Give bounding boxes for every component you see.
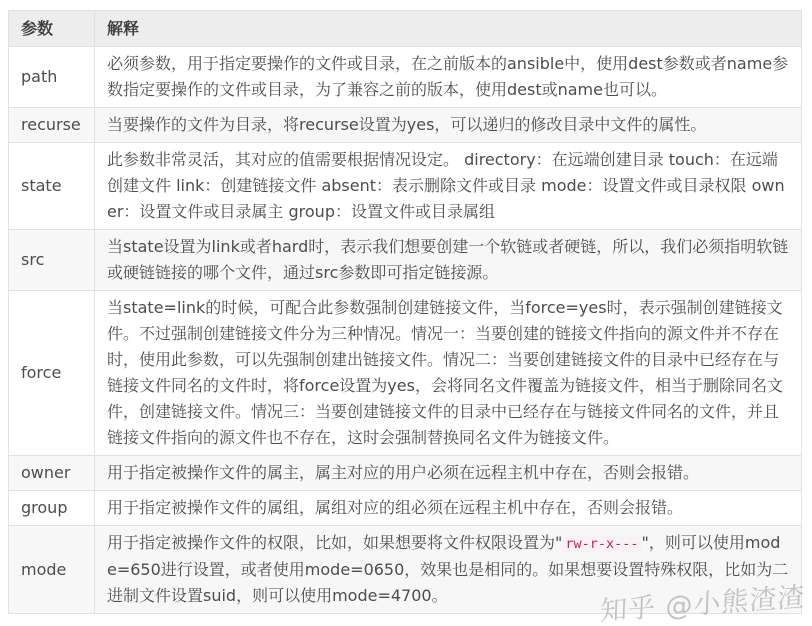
- header-cell-param: 参数: [9, 11, 95, 47]
- inline-code-permission-string: rw-r-x---: [562, 535, 641, 553]
- table-row-state: state 此参数非常灵活，其对应的值需要根据情况设定。 directory：在…: [9, 143, 802, 230]
- description-text-before-code: 用于指定被操作文件的权限，比如，如果想要将文件权限设置为": [107, 533, 562, 552]
- param-description: 用于指定被操作文件的属主，属主对应的用户必须在远程主机中存在，否则会报错。: [95, 456, 802, 491]
- param-name: mode: [9, 526, 95, 614]
- param-name: path: [9, 47, 95, 108]
- param-description: 当state设置为link或者hard时，表示我们想要创建一个软链或者硬链，所以…: [95, 230, 802, 291]
- param-name: src: [9, 230, 95, 291]
- param-name: recurse: [9, 108, 95, 143]
- param-name: group: [9, 491, 95, 526]
- param-description: 当要操作的文件为目录，将recurse设置为yes，可以递归的修改目录中文件的属…: [95, 108, 802, 143]
- table-row-group: group 用于指定被操作文件的属组，属组对应的组必须在远程主机中存在，否则会报…: [9, 491, 802, 526]
- ansible-file-module-parameter-table: 参数 解释 path 必须参数，用于指定要操作的文件或目录，在之前版本的ansi…: [8, 10, 802, 614]
- table-header-row: 参数 解释: [9, 11, 802, 47]
- table-row-recurse: recurse 当要操作的文件为目录，将recurse设置为yes，可以递归的修…: [9, 108, 802, 143]
- param-name: force: [9, 291, 95, 456]
- param-description: 用于指定被操作文件的权限，比如，如果想要将文件权限设置为"rw-r-x---"，…: [95, 526, 802, 614]
- table-row-force: force 当state=link的时候，可配合此参数强制创建链接文件，当for…: [9, 291, 802, 456]
- param-name: owner: [9, 456, 95, 491]
- param-description: 用于指定被操作文件的属组，属组对应的组必须在远程主机中存在，否则会报错。: [95, 491, 802, 526]
- param-description: 必须参数，用于指定要操作的文件或目录，在之前版本的ansible中，使用dest…: [95, 47, 802, 108]
- param-description: 当state=link的时候，可配合此参数强制创建链接文件，当force=yes…: [95, 291, 802, 456]
- param-name: state: [9, 143, 95, 230]
- table-row-src: src 当state设置为link或者hard时，表示我们想要创建一个软链或者硬…: [9, 230, 802, 291]
- header-cell-desc: 解释: [95, 11, 802, 47]
- table-row-owner: owner 用于指定被操作文件的属主，属主对应的用户必须在远程主机中存在，否则会…: [9, 456, 802, 491]
- page: 参数 解释 path 必须参数，用于指定要操作的文件或目录，在之前版本的ansi…: [0, 0, 812, 626]
- table-row-path: path 必须参数，用于指定要操作的文件或目录，在之前版本的ansible中，使…: [9, 47, 802, 108]
- param-description: 此参数非常灵活，其对应的值需要根据情况设定。 directory：在远端创建目录…: [95, 143, 802, 230]
- table-row-mode: mode 用于指定被操作文件的权限，比如，如果想要将文件权限设置为"rw-r-x…: [9, 526, 802, 614]
